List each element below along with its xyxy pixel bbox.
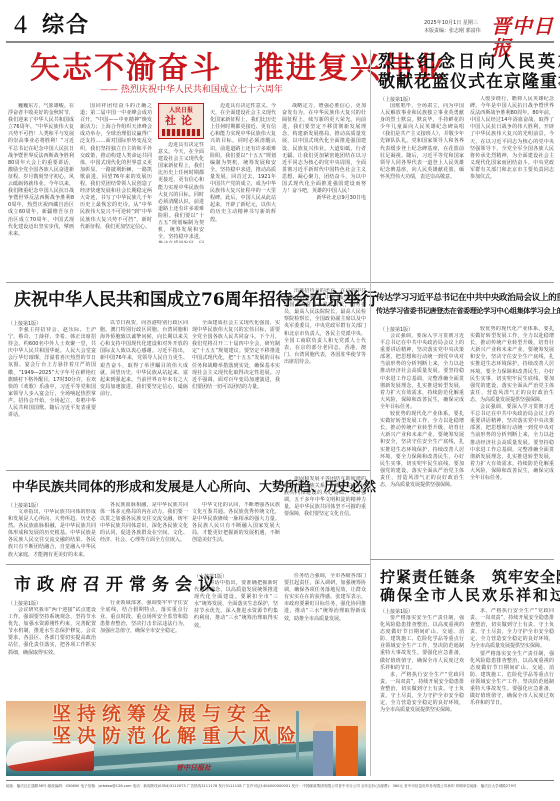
study-col-2: 较优势的现代化产业体系。要扎实做好转型发展工作，全力以赴稳增长，推动传统产业转型… xyxy=(470,326,554,555)
study-headline-1: 传达学习习近平总书记在中共中央政治局会议上的重要讲话精神 xyxy=(376,292,560,304)
study-col-1: 会议强调，要深入学习贯彻习近平总书记在中共中央政治局会议上的重要讲话精神，坚决落… xyxy=(380,333,464,555)
banner-slogan-1: 坚持统筹发展与安全 xyxy=(52,704,277,724)
ethnic-col-2-text: 各民族血脉相融，是中华民族共同体一体多元格局的内在动力。我们要一以贯之加强各民族… xyxy=(100,502,188,545)
footer-rule xyxy=(6,780,554,781)
section-rule xyxy=(370,559,554,560)
firefighter-illustration xyxy=(336,715,358,776)
section-rule xyxy=(6,564,370,565)
ethnic-col-4-text: 巩固和发展平等团结互助和谐的社会主义民族关系，不断夯实中华民族共同体建设的人心基… xyxy=(284,476,366,519)
executive-col-2-text: 行业领域部署，强调要牢牢守住安全底线，结合假期特点，落实重点行业、重点时段、重点… xyxy=(100,600,188,635)
column-divider xyxy=(370,50,371,282)
safety-col-2-text: 求，严格执行安全生产“党政同责、一岗双责”，持续开展安全隐患排查整治，切实做到守… xyxy=(470,608,554,651)
martyrs-col-2: 人缓步绕行，瞻仰人民英雄纪念碑。今年是中国人民抗日战争暨世界反法西斯战争胜利80… xyxy=(470,96,554,278)
column-divider xyxy=(370,282,371,776)
study-col-1-cont: 较优势的现代化产业体系。要扎实做好转型发展工作，全力以赴稳增长，推动传统产业转型… xyxy=(380,411,464,489)
lead-closing: 新华社北京9月30日电 xyxy=(282,195,366,202)
executive-col-1-text: 会议研究我市“两个迎接”试点建设工作。强调要坚持系统观念，坚持节水优先，加强水资… xyxy=(8,607,96,657)
reception-col-1-text: 李强主持招待会，赵乐际、王沪宁、蔡奇、丁薛祥、李希、韩正出席招待会。约600名中… xyxy=(8,327,96,419)
lead-col-1: 巍巍东方，气象雄峻。在浮奋者丰收美好的金秋时节，我们迎来了中华人民共和国成立76… xyxy=(8,103,74,243)
reception-col-3: 全面建成社会主义现代化强国、实现中华民族伟大复兴的宏伟目标，需要全党全国各族人民… xyxy=(192,320,280,462)
reception-col-4: 出席招待会的还有，在京的中共中央政治局委员、中央书记处书记，全国人大常委会副委员… xyxy=(284,288,366,462)
section-rule xyxy=(6,470,370,471)
lead-col-2-text: 国同祥团结奋斗的正确之道；第二届中国一中亚峰会成功召开，“中国——中亚精神”焕发… xyxy=(80,103,152,231)
reception-col-2-text: 以节日祝贺，向香港特别行政区同胞、澳门特别行政区同胞、台湾同胞和海外侨胞致以诚挚… xyxy=(100,320,188,398)
executive-dateline: （上接第1版） xyxy=(8,600,41,607)
study-headline-2: 传达学习省委书记唐登杰在省委理论学习中心组集体学习会上的讲话精神 xyxy=(376,305,560,317)
study-col-2-text: 较优势的现代化产业体系。要扎实做好转型发展工作，全力以赴稳增长，推动传统产业转型… xyxy=(470,326,554,404)
ethnic-col-2: 各民族血脉相融，是中华民族共同体一体多元格局的内在动力。我们要一以贯之加强各民族… xyxy=(100,502,188,559)
section-rule xyxy=(370,282,554,283)
section-name: 综合 xyxy=(42,13,90,37)
ethnic-col-3-text: 中华文化的认同，不断增强各民族文化互鉴共通。各民族优秀传统文化，是中华民族赓续一… xyxy=(192,502,280,545)
lead-col-3-text: 迈进具有决定性意义。今天，在全面建设社会主义现代化国家新征程上，我们比历史上任何… xyxy=(210,103,276,224)
reception-dateline: （上接第1版） xyxy=(8,320,41,327)
executive-headline: 市政府召开常务会议 xyxy=(14,575,221,595)
executive-col-3: 在讲话中指出，要准确把握新时代治理理念，以高质量发展统领推进现代化全面建设。要紧… xyxy=(194,580,278,695)
safety-col-1-text: 要严格落实安全生产责任制，强化风险隐患排查整治，以高度重视的态度做好节日期间矿山… xyxy=(380,615,464,672)
ethnic-dateline: （上接第1版） xyxy=(8,502,41,509)
ethnic-col-1-text: 文章指出，中华民族共同体的形成和发展是人心所向、大势所趋、历史必然。各民族血脉相… xyxy=(8,509,96,559)
martyrs-col-1-text: 国歌唱毕，全场肃立，向为中国人民解放事业和民族独立事业英勇献身的烈士默哀。默哀毕… xyxy=(380,103,464,181)
ethnic-col-1: 文章指出，中华民族共同体的形成和发展是人心所向、大势所趋、历史必然。各民族血脉相… xyxy=(8,509,96,559)
reception-col-4-text: 出席招待会的还有，在京的中共中央政治局委员、中央书记处书记，全国人大常委会副委员… xyxy=(284,288,366,366)
safety-col-1-cont: 求，严格执行安全生产“党政同责、一岗双责”，持续开展安全隐患排查整治，切实做到守… xyxy=(380,672,464,715)
reception-col-1: 李强主持招待会，赵乐际、王沪宁、蔡奇、丁薛祥、李希、韩正出席招待会。约600名中… xyxy=(8,327,96,462)
banner-slogan-2: 坚决防范化解重大风险 xyxy=(52,726,302,746)
badge-label: 社论 xyxy=(159,115,203,127)
executive-col-4: 任务结合强调，全市各级各部门要扛起责任，深入调研，加强统筹协调，确保各项任务落地… xyxy=(284,573,366,695)
public-service-banner: 坚持统筹发展与安全 坚决防范化解重大风险 晋中日报社 xyxy=(6,701,366,776)
lead-col-4-text: 战略定力，增强必胜信心，更加奋发有为，在中华民族伟大复兴的壮阔征程上，续写新的更… xyxy=(282,103,366,195)
page-number: 4 xyxy=(14,12,27,38)
study-col-2-cont: 会议强调，要深入学习贯彻习近平总书记在中共中央政治局会议上的重要讲话精神，坚决落… xyxy=(470,404,554,482)
safety-col-2-cont: 要严格落实安全生产责任制，强化风险隐患排查整治，以高度重视的态度做好节日期间矿山… xyxy=(470,651,554,708)
lead-subheadline: —— 热烈庆祝中华人民共和国成立七十六周年 xyxy=(100,84,283,96)
lead-col-4: 战略定力，增强必胜信心，更加奋发有为，在中华民族伟大复兴的壮阔征程上，续写新的更… xyxy=(282,103,366,251)
executive-col-1: 会议研究我市“两个迎接”试点建设工作。强调要坚持系统观念，坚持节水优先，加强水资… xyxy=(8,607,96,695)
martyrs-col-2-text: 人缓步绕行，瞻仰人民英雄纪念碑。今年是中国人民抗日战争暨世界反法西斯战争胜利80… xyxy=(470,96,554,181)
ethnic-col-4: 巩固和发展平等团结互助和谐的社会主义民族关系，不断夯实中华民族共同体建设的人心基… xyxy=(284,476,366,559)
martyrs-col-1: 国歌唱毕，全场肃立，向为中国人民解放事业和民族独立事业英勇献身的烈士默哀。默哀毕… xyxy=(380,103,464,278)
safety-dateline: （上接第1版） xyxy=(380,608,413,615)
header-rule xyxy=(6,41,554,43)
section-rule xyxy=(6,282,370,283)
publication-info: 地址：榆次区汇通路36号 邮政编码：030600 电子信箱：jzrbdsw@12… xyxy=(6,784,554,789)
issue-date: 2025年10月1日 星期三 xyxy=(424,20,478,27)
executive-col-3-text: 在讲话中指出，要准确把握新时代治理理念，以高质量发展统领推进现代化全面建设。要紧… xyxy=(194,580,278,630)
lead-col-2b: 迈进具有决定性意义。今天，在全面建设社会主义现代化国家新征程上，我们比历史上任何… xyxy=(158,142,204,243)
executive-col-4-text: 任务结合强调，全市各级各部门要扛起责任，深入调研，加强统筹协调，确保各项任务落地… xyxy=(284,573,366,623)
editorial-badge: 人民日报 社论 xyxy=(158,103,204,139)
study-dateline: （上接第1版） xyxy=(380,326,413,333)
study-col-1-text: 会议强调，要深入学习贯彻习近平总书记在中共中央政治局会议上的重要讲话精神，坚决落… xyxy=(380,333,464,411)
safety-col-2: 求，严格执行安全生产“党政同责、一岗双责”，持续开展安全隐患排查整治，切实做到守… xyxy=(470,608,554,775)
page-editors: 本版责编：张志刚 郭富伟 xyxy=(424,28,481,35)
martyrs-headline-2: 敬献花篮仪式在京隆重举行 xyxy=(378,72,560,92)
lead-col-2: 国同祥团结奋斗的正确之道；第二届中国一中亚峰会成功召开，“中国——中亚精神”焕发… xyxy=(80,103,152,243)
martyrs-headline-1: 烈士纪念日向人民英雄 xyxy=(378,52,560,72)
lead-col-3: 迈进具有决定性意义。今天，在全面建设社会主义现代化国家新征程上，我们比历史上任何… xyxy=(210,103,276,243)
banner-brand: 晋中日报社 xyxy=(176,763,211,773)
reception-col-2: 以节日祝贺，向香港特别行政区同胞、澳门特别行政区同胞、台湾同胞和海外侨胞致以诚挚… xyxy=(100,320,188,462)
badge-publisher: 人民日报 xyxy=(159,107,203,114)
lead-col-2b-text: 迈进具有决定性意义。今天，在全面建设社会主义现代化国家新征程上，我们比历史上任何… xyxy=(158,142,204,243)
worker-illustration xyxy=(313,721,333,776)
martyrs-dateline: （上接第1版） xyxy=(380,96,413,103)
reception-col-3-text: 全面建成社会主义现代化强国、实现中华民族伟大复兴的宏伟目标，需要全党全国各族人民… xyxy=(192,320,280,391)
ethnic-col-3: 中华文化的认同，不断增强各民族文化互鉴共通。各民族优秀传统文化，是中华民族赓续一… xyxy=(192,502,280,559)
safety-headline-2: 确保全市人民欢乐祥和过节 xyxy=(380,586,560,604)
safety-col-1: 要严格落实安全生产责任制，强化风险隐患排查整治，以高度重视的态度做好节日期间矿山… xyxy=(380,615,464,775)
executive-dateline-2: （上接第1版） xyxy=(194,573,227,580)
executive-col-2: 行业领域部署，强调要牢牢守住安全底线，结合假期特点，落实重点行业、重点时段、重点… xyxy=(100,600,188,695)
lead-col-1-text: 巍巍东方，气象雄峻。在浮奋者丰收美好的金秋时节，我们迎来了中华人民共和国成立76… xyxy=(8,103,74,238)
safety-headline-1: 拧紧责任链条 筑牢安全防线 xyxy=(380,568,560,586)
tiananmen-icon xyxy=(162,129,200,136)
